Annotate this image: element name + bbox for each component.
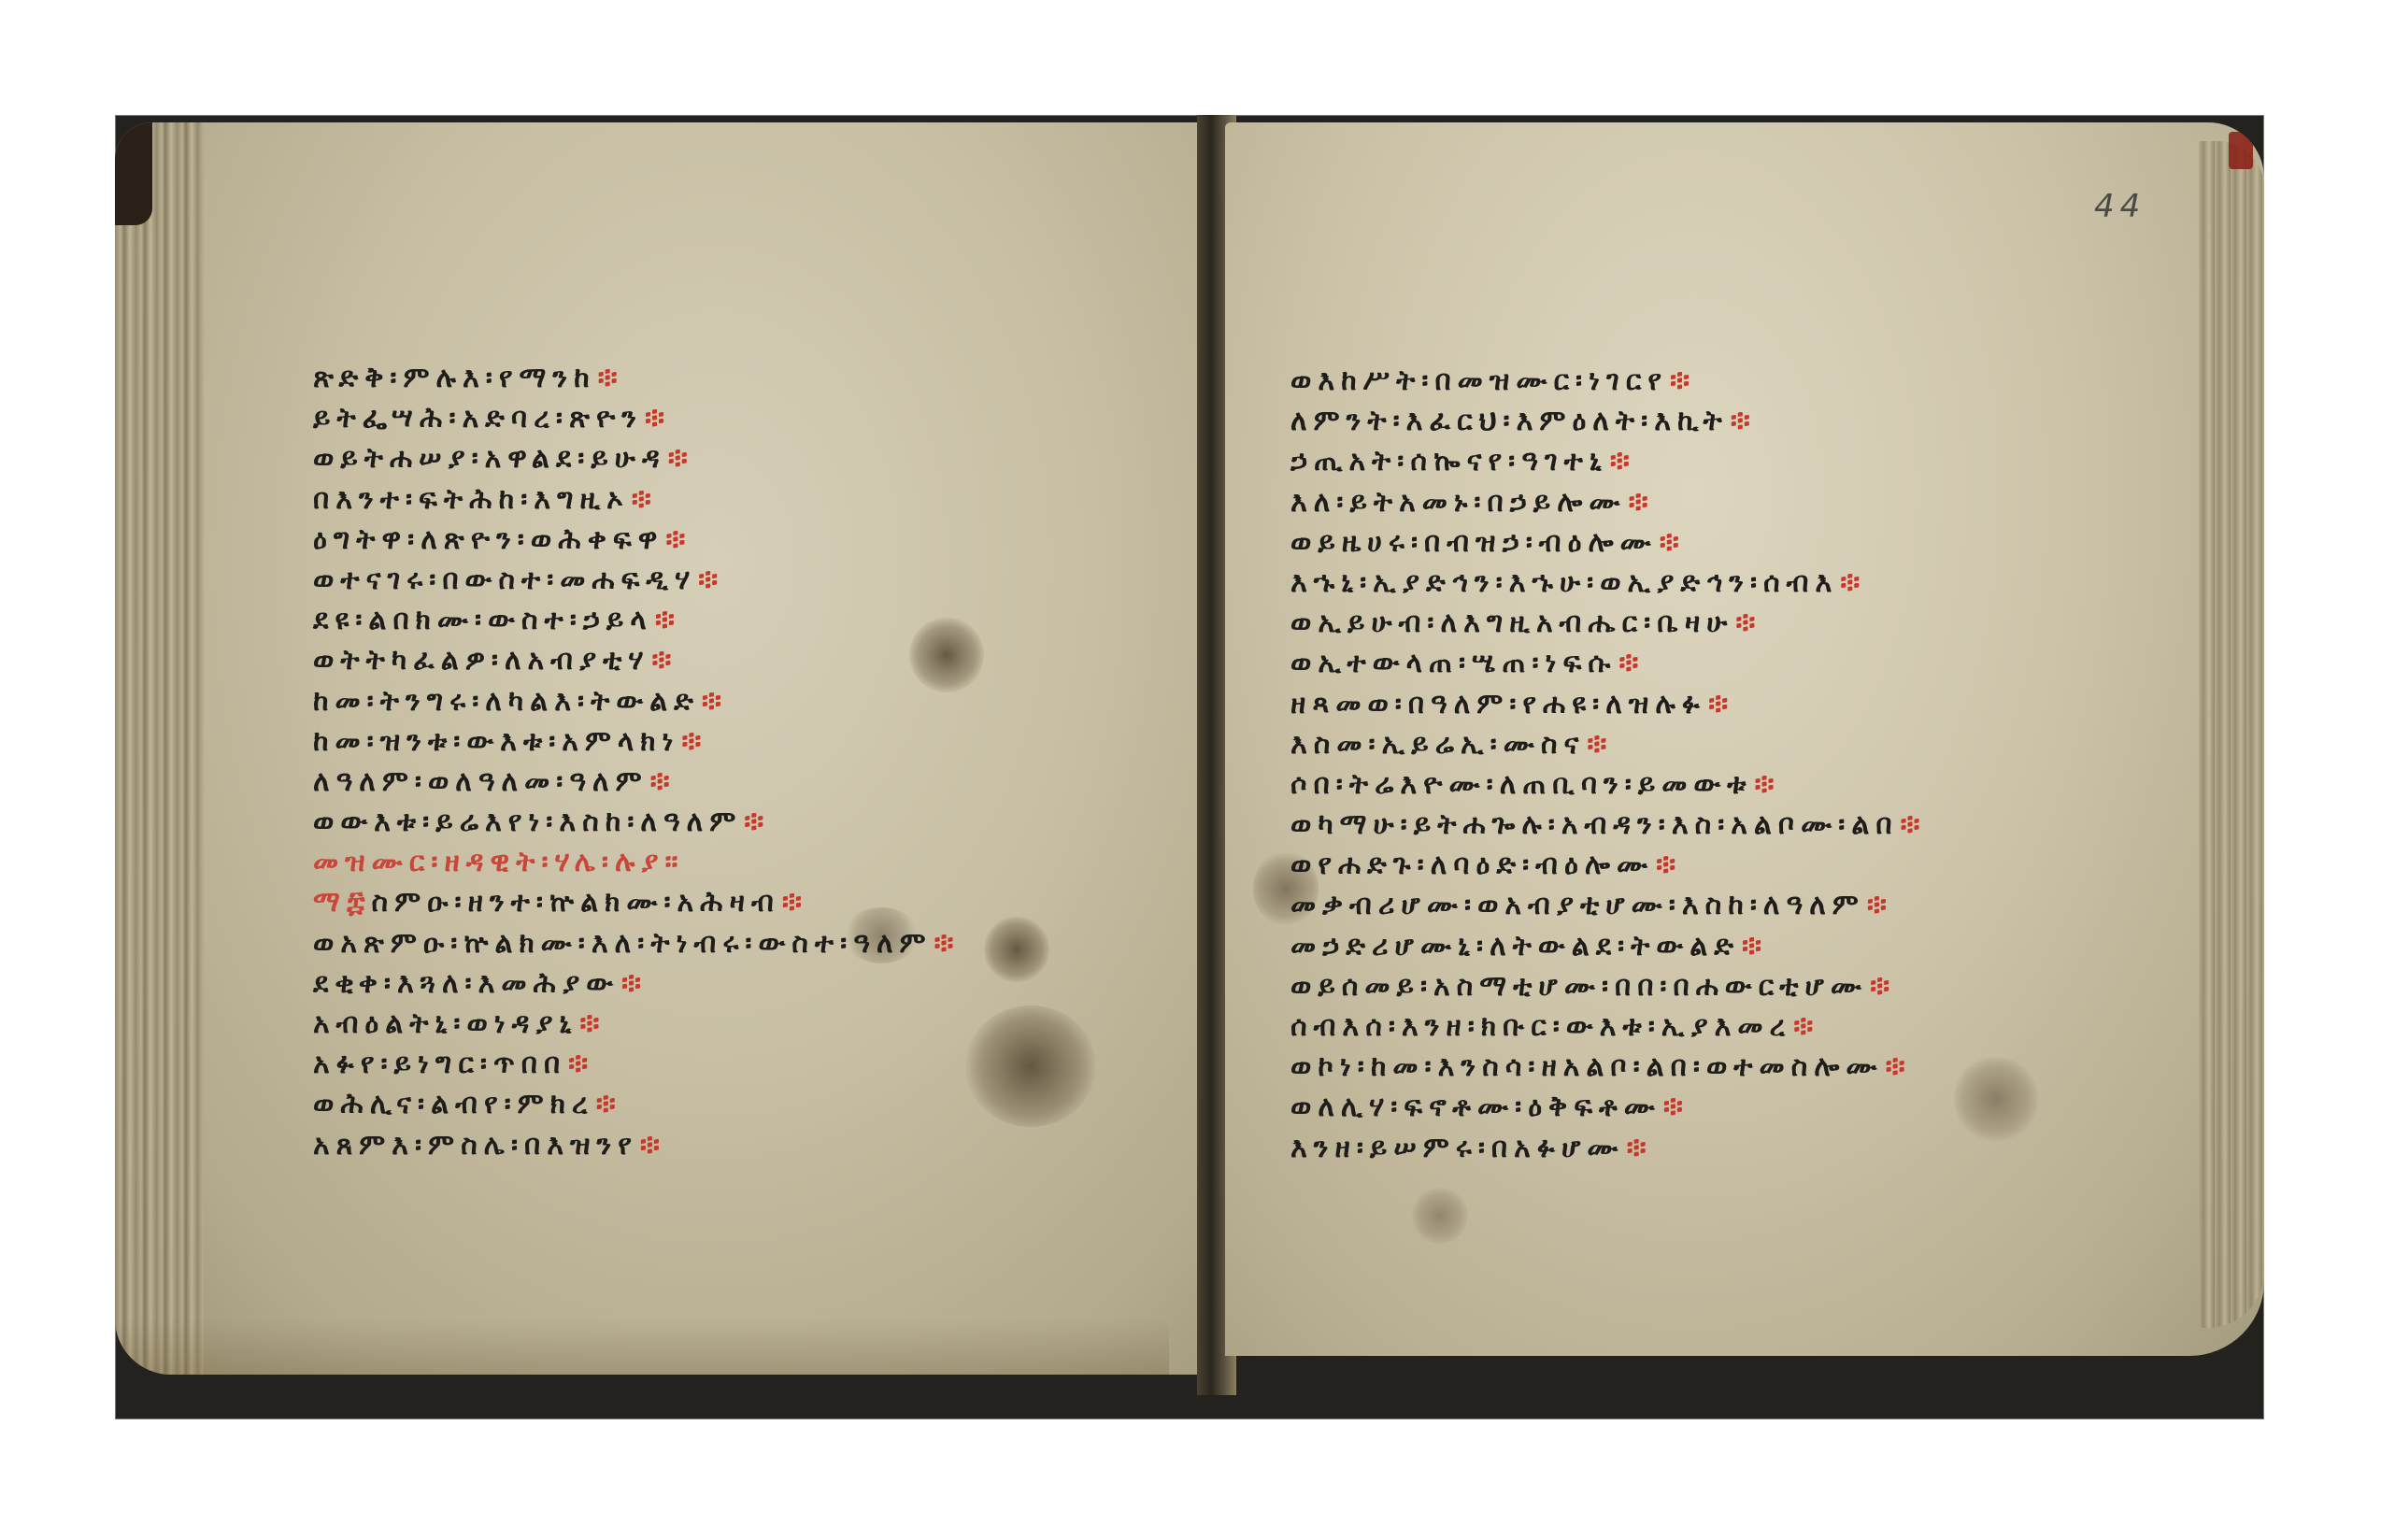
text-line: ወሕሊና፡ልብየ፡ምክረ፨ bbox=[313, 1084, 954, 1124]
text-line: እኁኒ፡ኢያድኅን፡እኁሁ፡ወኢያድኅን፡ሰብእ፨ bbox=[1290, 563, 1920, 603]
red-binding-thread bbox=[2229, 132, 2253, 169]
text-line: እንዘ፡ይሠምሩ፡በአፉሆሙ፨ bbox=[1290, 1128, 1920, 1168]
text-line: ከመ፡ትንግሩ፡ለካልእ፡ትውልድ፨ bbox=[313, 681, 954, 721]
text-line: ወኮነ፡ከመ፡እንስሳ፡ዘአልቦ፡ልበ፡ወተመስሎሙ፨ bbox=[1290, 1047, 1920, 1087]
text-line: ሶበ፡ትሬእዮሙ፡ለጠቢባን፡ይመውቱ፨ bbox=[1290, 764, 1920, 805]
text-line: አፉየ፡ይነግር፡ጥበበ፨ bbox=[313, 1044, 954, 1084]
text-line: ወለሊሃ፡ፍኖቶሙ፡ዕቅፍቶሙ፨ bbox=[1290, 1087, 1920, 1127]
text-line: ወእከሥት፡በመዝሙር፡ነገርየ፨ bbox=[1290, 361, 1920, 401]
psalm-number: ማ፰ bbox=[313, 886, 372, 919]
text-line: እስመ፡ኢይሬኢ፡ሙስና፨ bbox=[1290, 724, 1920, 764]
text-line: ይትፌሣሕ፡አድባረ፡ጽዮን፨ bbox=[313, 398, 954, 438]
text-line: ደቂቀ፡እጓለ፡እመሕያው፨ bbox=[313, 963, 954, 1004]
text-line: እለ፡ይትአመኑ፡በኃይሎሙ፨ bbox=[1290, 482, 1920, 522]
text-line: ደዩ፡ልበክሙ፡ውስተ፡ኃይላ፨ bbox=[313, 600, 954, 640]
stain bbox=[984, 917, 1049, 982]
left-page-edges bbox=[115, 122, 204, 1375]
right-page-edges bbox=[2199, 141, 2264, 1328]
text-line: ሰብእሰ፡እንዘ፡ክቡር፡ውእቱ፡ኢያእመረ፨ bbox=[1290, 1006, 1920, 1047]
text-line: ዕግትዋ፡ለጽዮን፡ወሕቀፍዋ፨ bbox=[313, 520, 954, 560]
text-line: አብዕልትኒ፡ወነዳያኒ፨ bbox=[313, 1004, 954, 1044]
text-line: ወተናገሩ፡በውስተ፡መሐፍዲሃ፨ bbox=[313, 560, 954, 600]
text-line: ወይሰመይ፡አስማቲሆሙ፡በበ፡በሐውርቲሆሙ፨ bbox=[1290, 966, 1920, 1006]
text-line: መኃድሪሆሙኒ፡ለትውልደ፡ትውልድ፨ bbox=[1290, 926, 1920, 966]
text-line: ወኢይሁብ፡ለእግዚአብሔር፡ቤዛሁ፨ bbox=[1290, 603, 1920, 643]
text-line: ወይዜሀሩ፡በብዝኃ፡ብዕሎሙ፨ bbox=[1290, 522, 1920, 563]
left-page-text: ጽድቅ፡ምሉእ፡የማንከ፨ ይትፌሣሕ፡አድባረ፡ጽዮን፨ ወይትሐሠያ፡አዋል… bbox=[313, 358, 954, 1165]
text-line: ለዓለም፡ወለዓለመ፡ዓለም፨ bbox=[313, 762, 954, 802]
text-line: ለምንት፡እፈርህ፡እምዕለት፡እኪት፨ bbox=[1290, 401, 1920, 441]
text-line: በእንተ፡ፍትሕከ፡እግዚኦ፨ bbox=[313, 479, 954, 520]
stain bbox=[1954, 1057, 2038, 1141]
text-line: ጽድቅ፡ምሉእ፡የማንከ፨ bbox=[313, 358, 954, 398]
text-line: ኃጢአት፡ሰኰናየ፡ዓገተኒ፨ bbox=[1290, 441, 1920, 481]
text-line: ወካማሁ፡ይትሐጐሉ፡አብዳን፡እስ፡አልቦሙ፡ልበ፨ bbox=[1290, 805, 1920, 845]
stain bbox=[1412, 1188, 1468, 1244]
right-page-text: ወእከሥት፡በመዝሙር፡ነገርየ፨ ለምንት፡እፈርህ፡እምዕለት፡እኪት፨ ኃ… bbox=[1290, 361, 1920, 1168]
text-line: ወአጽምዑ፡ኵልክሙ፡እለ፡ትነብሩ፡ውስተ፡ዓለም፨ bbox=[313, 923, 954, 963]
text-line: ወውእቱ፡ይሬእየነ፡እስከ፡ለዓለም፨ bbox=[313, 802, 954, 842]
right-page: 44 ወእከሥት፡በመዝሙር፡ነገርየ፨ ለምንት፡እፈርህ፡እምዕለት፡እኪት… bbox=[1225, 122, 2264, 1356]
text-line-psalm-start: ማ፰ስምዑ፡ዘንተ፡ኵልክሙ፡አሕዛብ፨ bbox=[313, 882, 954, 922]
text-line: ወየሐድጉ፡ለባዕድ፡ብዕሎሙ፨ bbox=[1290, 845, 1920, 885]
text-line: አጸምእ፡ምስሌ፡በእዝንየ፨ bbox=[313, 1125, 954, 1165]
binding-corner bbox=[115, 122, 152, 225]
text-line: ከመ፡ዝንቱ፡ውእቱ፡አምላክነ፨ bbox=[313, 721, 954, 762]
stain bbox=[965, 1005, 1096, 1127]
text-line: ወትትካፈልዎ፡ለአብያቲሃ፨ bbox=[313, 640, 954, 680]
rubric-heading: መዝሙር፡ዘዳዊት፡ሃሌ፡ሉያ። bbox=[313, 842, 954, 882]
text-line: ወኢተውላጠ፡ሤጠ፡ነፍሱ፨ bbox=[1290, 643, 1920, 683]
left-page-bottom-edge bbox=[115, 1319, 1169, 1375]
text-line: ዘጻመወ፡በዓለም፡የሐዩ፡ለዝሉፉ፨ bbox=[1290, 684, 1920, 724]
manuscript-photo: ጽድቅ፡ምሉእ፡የማንከ፨ ይትፌሣሕ፡አድባረ፡ጽዮን፨ ወይትሐሠያ፡አዋል… bbox=[115, 115, 2264, 1419]
page-number: 44 bbox=[2094, 188, 2146, 225]
text-line: መቃብሪሆሙ፡ወአብያቲሆሙ፡እስከ፡ለዓለም፨ bbox=[1290, 885, 1920, 925]
text-line: ወይትሐሠያ፡አዋልደ፡ይሁዳ፨ bbox=[313, 438, 954, 478]
left-page: ጽድቅ፡ምሉእ፡የማንከ፨ ይትፌሣሕ፡አድባረ፡ጽዮን፨ ወይትሐሠያ፡አዋል… bbox=[115, 122, 1206, 1375]
